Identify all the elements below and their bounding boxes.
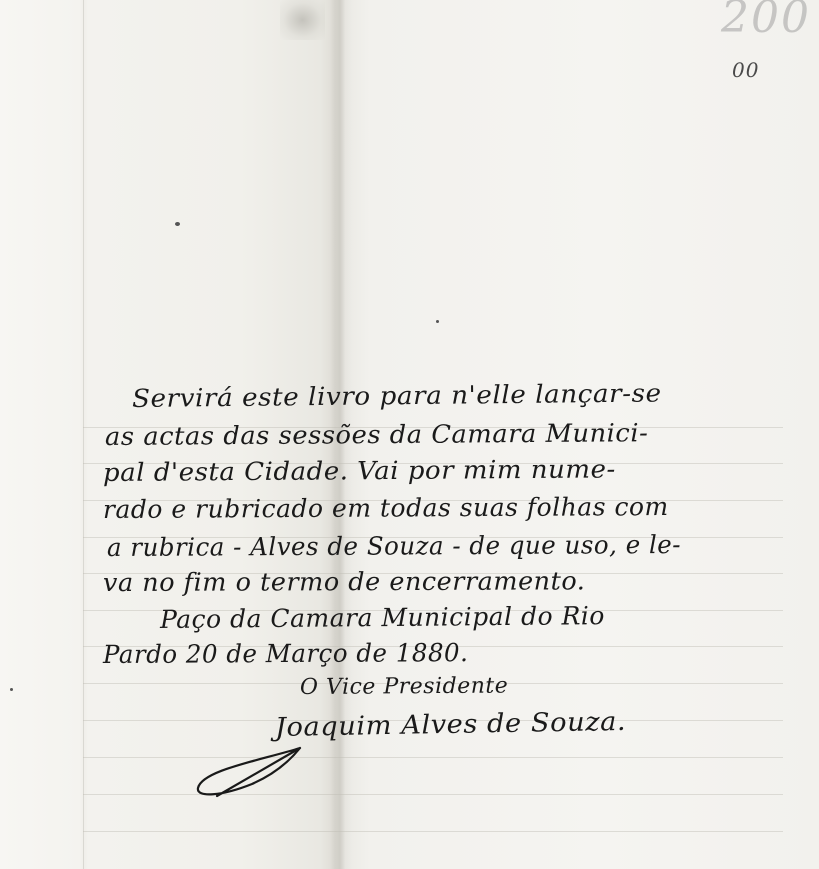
date-line: Pardo 20 de Março de 1880. [103, 638, 469, 669]
faint-page-number: 200 [721, 0, 811, 43]
signatory-title: O Vice Presidente [300, 674, 508, 700]
ink-speck [175, 222, 180, 226]
ink-speck [436, 320, 439, 323]
text-line-4: rado e rubricado em todas suas folhas co… [103, 492, 669, 524]
document-page: 200 00 Servirá este livro para n'elle la… [0, 0, 819, 869]
text-line-2: as actas das sessões da Camara Munici- [105, 418, 648, 451]
ruled-line [83, 831, 783, 832]
margin-rule [83, 0, 84, 869]
ruled-line [83, 794, 783, 795]
paper-stain [280, 0, 325, 40]
text-line-5: a rubrica - Alves de Souza - de que uso,… [107, 530, 681, 562]
signature-flourish [192, 740, 332, 800]
text-line-1: Servirá este livro para n'elle lançar-se [132, 378, 662, 413]
text-line-3: pal d'esta Cidade. Vai por mim nume- [103, 454, 616, 487]
place-line: Paço da Camara Municipal do Rio [160, 601, 605, 634]
text-line-6: va no fim o termo de encerramento. [103, 566, 585, 597]
signature-name: Joaquim Alves de Souza. [275, 707, 627, 743]
ink-speck [10, 688, 13, 691]
ruled-line [83, 757, 783, 758]
folio-mark: 00 [732, 58, 759, 82]
